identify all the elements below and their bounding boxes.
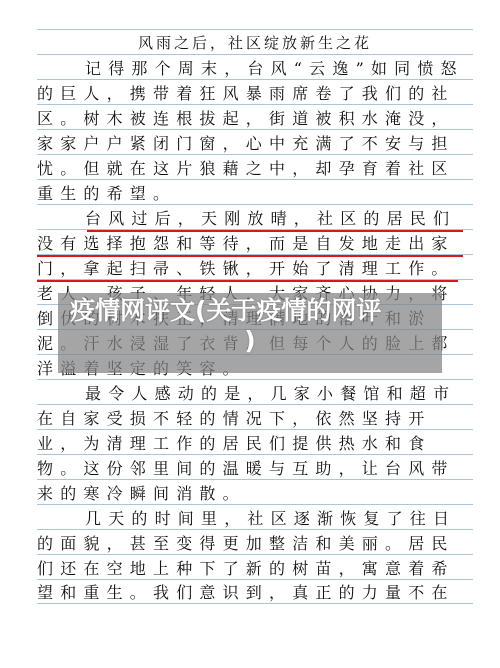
text-line-content: 门，拿起扫帚、铁锹，开始了清理工作。 <box>37 256 455 279</box>
text-line: 几天的时间里，社区逐渐恢复了往日 <box>37 504 473 529</box>
text-line: 物。这份邻里间的温暖与互助，让台风带 <box>37 454 473 479</box>
overlay-title[interactable]: 疫情网评文(关于疫情的网评 ) <box>70 296 430 356</box>
text-line: 记得那个周末，台风“云逸”如同愤怒 <box>37 54 473 79</box>
text-line: 家家户户紧闭门窗，心中充满了不安与担 <box>37 129 473 154</box>
overlay-title-line2: ) <box>70 326 430 356</box>
highlighted-text-line: 门，拿起扫帚、铁锹，开始了清理工作。 <box>37 254 473 279</box>
text-line: 在自家受损不轻的情况下，依然坚持开 <box>37 404 473 429</box>
text-line-content: 台风过后，天刚放晴，社区的居民们 <box>85 206 456 229</box>
text-line: 忧。但就在这片狼藉之中，却孕育着社区 <box>37 154 473 179</box>
text-line: 们还在空地上种下了新的树苗，寓意着希 <box>37 554 473 579</box>
text-line: 的面貌，甚至变得更加整洁和美丽。居民 <box>37 529 473 554</box>
text-line: 的巨人，携带着狂风暴雨席卷了我们的社 <box>37 79 473 104</box>
document-title: 风雨之后，社区绽放新生之花 <box>37 29 473 54</box>
highlighted-text-line: 没有选择抱怨和等待，而是自发地走出家 <box>37 229 473 254</box>
overlay-title-line1: 疫情网评文(关于疫情的网评 <box>70 296 381 325</box>
text-line: 望和重生。我们意识到，真正的力量不在 <box>37 579 473 604</box>
text-line: 业，为清理工作的居民们提供热水和食 <box>37 429 473 454</box>
text-line: 最令人感动的是，几家小餐馆和超市 <box>37 379 473 404</box>
highlighted-text-line: 台风过后，天刚放晴，社区的居民们 <box>37 204 473 229</box>
text-line-content: 没有选择抱怨和等待，而是自发地走出家 <box>37 231 455 254</box>
text-line: 区。树木被连根拔起，街道被积水淹没， <box>37 104 473 129</box>
text-line: 重生的希望。 <box>37 179 473 204</box>
text-line: 来的寒冷瞬间消散。 <box>37 479 473 504</box>
